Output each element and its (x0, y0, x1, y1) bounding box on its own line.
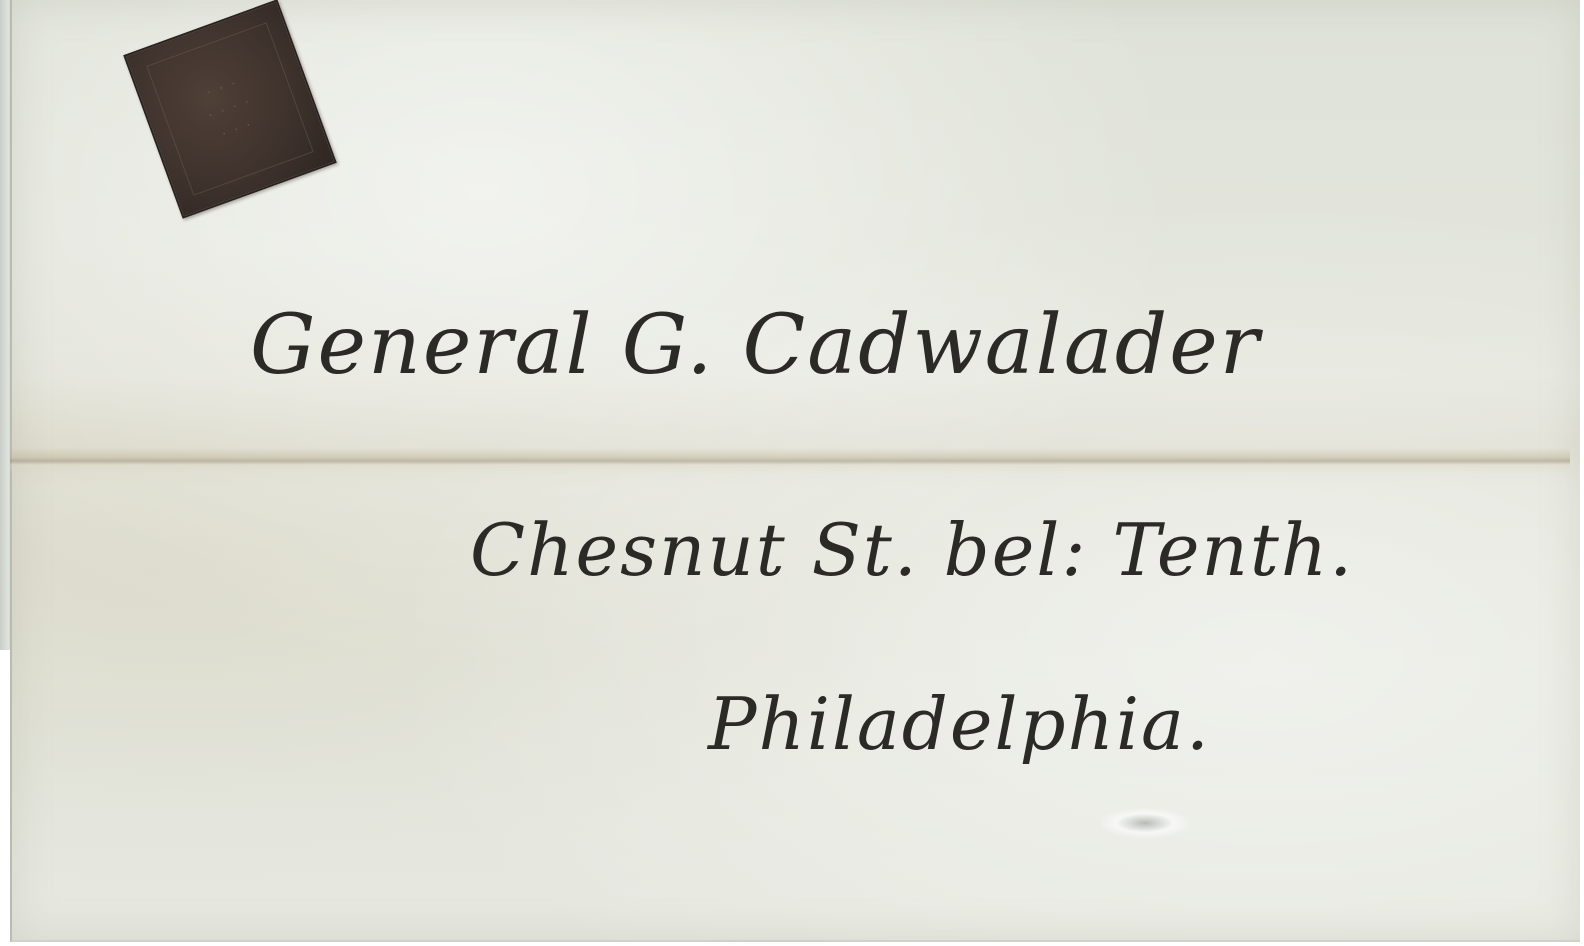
paper-crease-mark (1100, 808, 1190, 838)
address-city-line: Philadelphia. (708, 682, 1211, 766)
envelope-scan: · · · · · · · · · · General G. Cadwalade… (0, 0, 1584, 946)
address-recipient-line: General G. Cadwalader (250, 298, 1261, 393)
address-street-line: Chesnut St. bel: Tenth. (470, 508, 1354, 592)
horizontal-fold-crease (10, 448, 1570, 474)
stamp-design-line: · · · (220, 117, 256, 143)
stamp-design: · · · · · · · · · · (146, 22, 313, 195)
